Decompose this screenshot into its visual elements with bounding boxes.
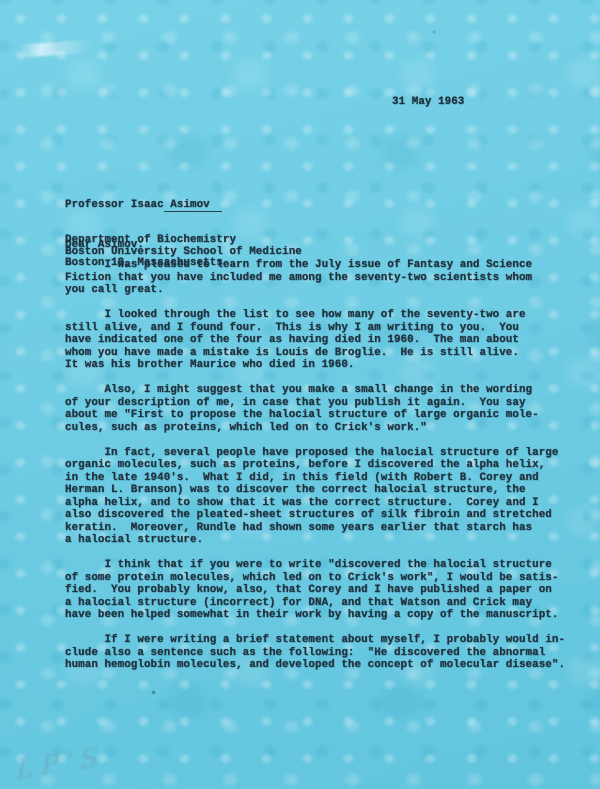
paragraph: In fact, several people have proposed th… <box>65 447 565 547</box>
text-line: keratin. Moreover, Rundle had shown some… <box>65 522 565 535</box>
text-line: have indicated one of the four as having… <box>65 334 565 347</box>
text-line: It was his brother Maurice who died in 1… <box>65 359 565 372</box>
letter-body: I was pleased to learn from the July iss… <box>65 259 565 684</box>
text-line: still alive, and I found four. This is w… <box>65 322 565 335</box>
text-line: clude also a sentence such as the follow… <box>65 647 565 660</box>
address-line: Professor Isaac Asimov <box>65 200 302 212</box>
paper-scratch-mark <box>16 39 101 58</box>
text-line: I think that if you were to write "disco… <box>65 559 565 572</box>
text-line: alpha helix, and to show that it was the… <box>65 497 565 510</box>
paper-speck <box>152 691 155 694</box>
salutation: Dear Asimov: <box>65 239 144 251</box>
text-line: If I were writing a brief statement abou… <box>65 634 565 647</box>
pencil-annotation: LP'S <box>16 741 105 787</box>
text-line: of some protein molecules, which led on … <box>65 572 565 585</box>
text-line: a halocial structure (incorrect) for DNA… <box>65 597 565 610</box>
paragraph: I was pleased to learn from the July iss… <box>65 259 565 297</box>
text-line: human hemoglobin molecules, and develope… <box>65 659 565 672</box>
text-line: you call great. <box>65 284 565 297</box>
paragraph: Also, I might suggest that you make a sm… <box>65 384 565 434</box>
letter-page: 31 May 1963 Professor Isaac Asimov Depar… <box>0 0 600 789</box>
text-line: I was pleased to learn from the July iss… <box>65 259 565 272</box>
text-line: a halocial structure. <box>65 534 565 547</box>
text-line: fied. You probably know, also, that Core… <box>65 584 565 597</box>
text-line: cules, such as proteins, which led on to… <box>65 422 565 435</box>
recipient-surname-underlined: Asimov <box>164 199 222 212</box>
text-line: I looked through the list to see how man… <box>65 309 565 322</box>
text-line: about me "First to propose the halocial … <box>65 409 565 422</box>
paragraph: If I were writing a brief statement abou… <box>65 634 565 672</box>
text-line: organic molecules, such as proteins, bef… <box>65 459 565 472</box>
text-line: Fiction that you have included me among … <box>65 272 565 285</box>
recipient-name: Professor Isaac <box>65 199 164 211</box>
paragraph: I looked through the list to see how man… <box>65 309 565 372</box>
text-line: of your description of me, in case that … <box>65 397 565 410</box>
paragraph: I think that if you were to write "disco… <box>65 559 565 622</box>
text-line: whom you have made a mistake is Louis de… <box>65 347 565 360</box>
text-line: In fact, several people have proposed th… <box>65 447 565 460</box>
text-line: also discovered the pleated-sheet struct… <box>65 509 565 522</box>
text-line: Herman L. Branson) was to discover the c… <box>65 484 565 497</box>
paper-speck <box>433 31 435 33</box>
date-line: 31 May 1963 <box>392 96 464 108</box>
text-line: in the late 1940's. What I did, in this … <box>65 472 565 485</box>
text-line: Also, I might suggest that you make a sm… <box>65 384 565 397</box>
text-line: have been helped somewhat in their work … <box>65 609 565 622</box>
